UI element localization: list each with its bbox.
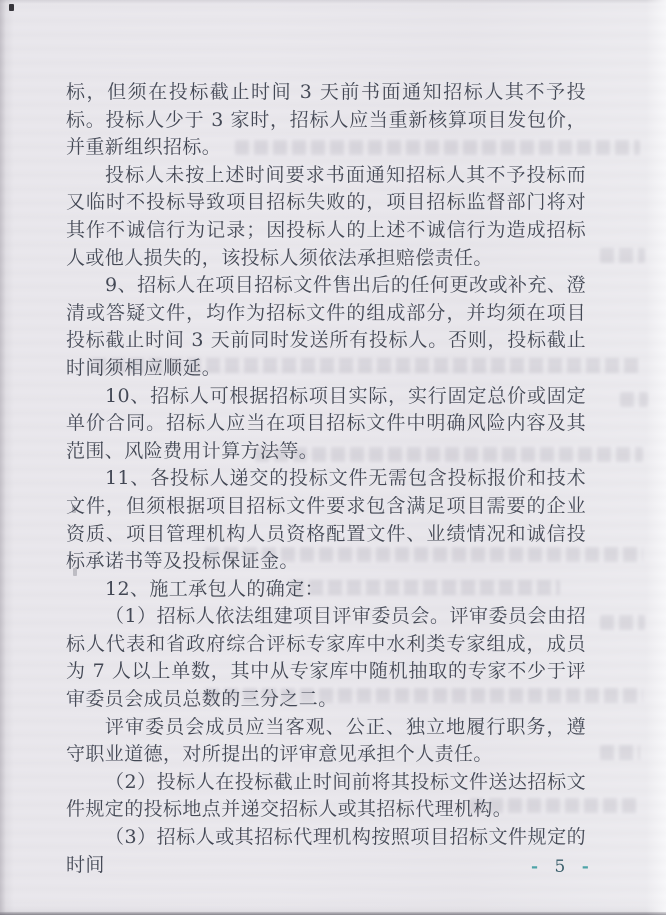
paragraph: 11、各投标人递交的投标文件无需包含投标报价和技术文件，但须根据项目招标文件要求… — [66, 465, 586, 575]
paragraph: 标，但须在投标截止时间 3 天前书面通知招标人其不予投标。投标人少于 3 家时，… — [66, 79, 586, 162]
page-number-value: 5 — [551, 857, 570, 877]
scan-speck — [9, 4, 14, 11]
bleedthrough-row — [600, 615, 645, 630]
paragraph: 投标人未按上述时间要求书面通知招标人其不予投标而又临时不投标导致项目招标失败的，… — [66, 162, 586, 272]
bleedthrough-row — [600, 745, 640, 760]
paragraph: （2）投标人在投标截止时间前将其投标文件送达招标文件规定的投标地点并递交招标人或… — [66, 769, 586, 824]
paragraph: 10、招标人可根据招标项目实际，实行固定总价或固定单价合同。招标人应当在项目招标… — [66, 383, 586, 466]
document-body: 标，但须在投标截止时间 3 天前书面通知招标人其不予投标。投标人少于 3 家时，… — [66, 79, 586, 879]
paragraph: 评审委员会成员应当客观、公正、独立地履行职务，遵守职业道德，对所提出的评审意见承… — [66, 714, 586, 769]
bleedthrough-row — [620, 392, 648, 407]
paragraph: 9、招标人在项目招标文件售出后的任何更改或补充、澄清或答疑文件，均作为招标文件的… — [66, 272, 586, 382]
scanned-document-page: 标，但须在投标截止时间 3 天前书面通知招标人其不予投标。投标人少于 3 家时，… — [0, 0, 666, 915]
bleedthrough-row — [600, 248, 645, 263]
paragraph: （1）招标人依法组建项目评审委员会。评审委员会由招标人代表和省政府综合评标专家库… — [66, 603, 586, 713]
paragraph: 12、施工承包人的确定： — [66, 576, 586, 604]
page-number-dash-left: - — [527, 857, 544, 877]
page-number: - 5 - — [527, 857, 595, 877]
paragraph: （3）招标人或其招标代理机构按照项目招标文件规定的时间 — [66, 824, 586, 879]
page-number-dash-right: - — [578, 857, 595, 877]
